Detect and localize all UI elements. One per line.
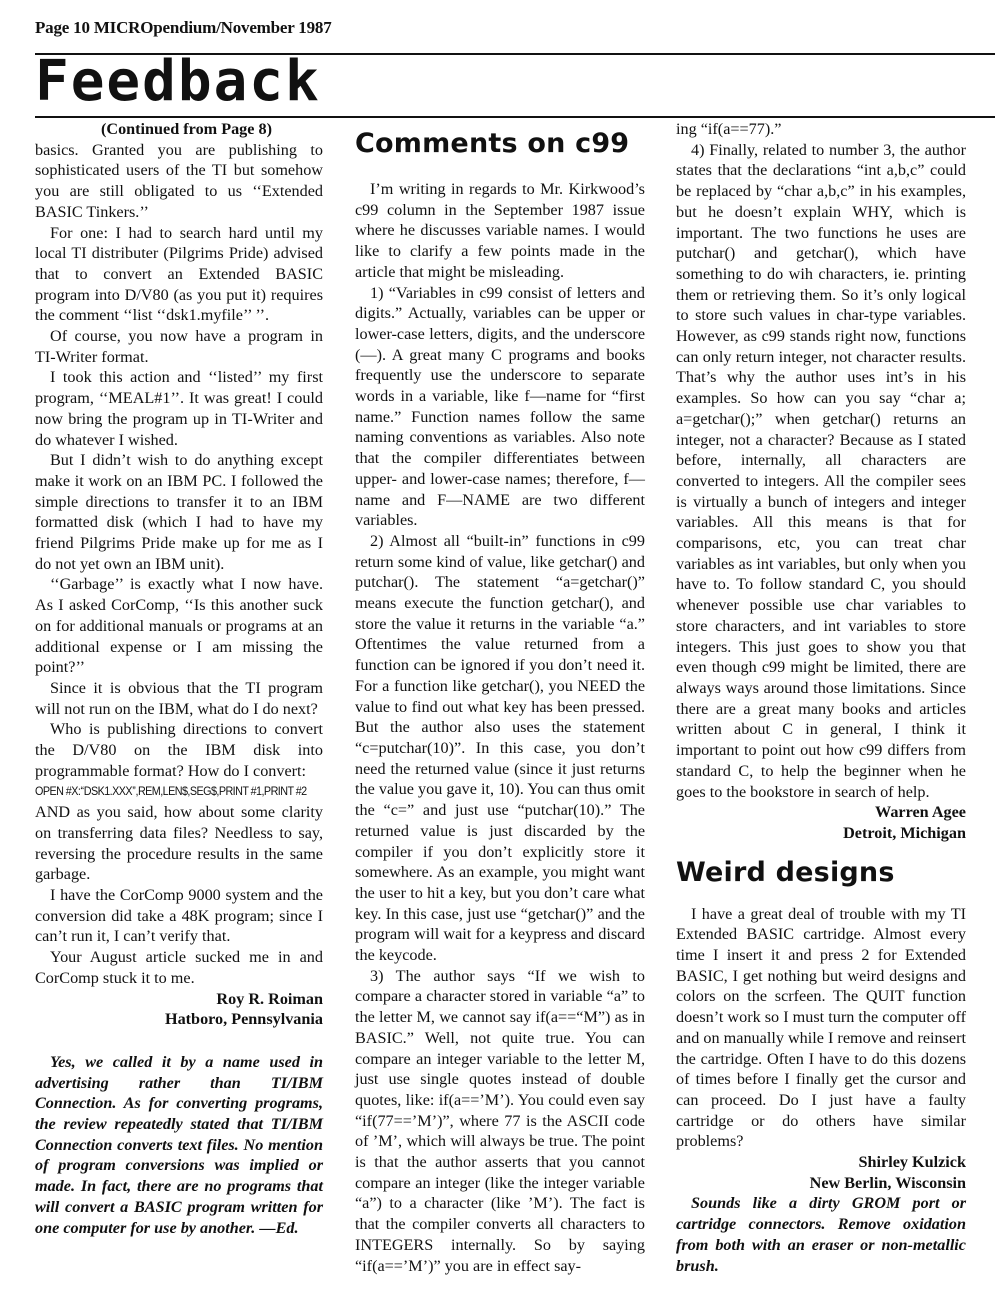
paragraph: ‘‘Garbage’’ is exactly what I now have. … (35, 574, 323, 678)
header-rule-bottom (35, 116, 995, 118)
editor-reply: Sounds like a dirty GROM port or cartrid… (676, 1193, 966, 1276)
article-headline: Weird designs (676, 856, 966, 890)
paragraph: Your August article sucked me in and Cor… (35, 947, 323, 988)
paragraph: For one: I had to search hard until my l… (35, 223, 323, 327)
paragraph: I have a great deal of trouble with my T… (676, 904, 966, 1152)
magazine-page: Page 10 MICROpendium/November 1987 Feedb… (35, 0, 995, 1312)
paragraph: I took this action and ‘‘listed’’ my fir… (35, 367, 323, 450)
paragraph: But I didn’t wish to do anything except … (35, 450, 323, 574)
paragraph: basics. Granted you are publishing to so… (35, 140, 323, 223)
spacer (35, 1030, 323, 1052)
paragraph: 4) Finally, related to number 3, the aut… (676, 140, 966, 803)
paragraph: 1) “Variables in c99 consist of letters … (355, 283, 645, 531)
paragraph: AND as you said, how about some clarity … (35, 802, 323, 885)
signature-place: Detroit, Michigan (676, 823, 966, 844)
section-title: Feedback (35, 52, 321, 112)
column-3: ing “if(a==77).” 4) Finally, related to … (676, 119, 966, 1276)
continued-note: (Continued from Page 8) (35, 119, 323, 140)
column-1: (Continued from Page 8) basics. Granted … (35, 119, 323, 1238)
paragraph: I’m writing in regards to Mr. Kirkwood’s… (355, 179, 645, 283)
signature-place: Hatboro, Pennsylvania (35, 1009, 323, 1030)
signature-place: New Berlin, Wisconsin (676, 1173, 966, 1194)
signature-name: Shirley Kulzick (676, 1152, 966, 1173)
paragraph: 2) Almost all “built-in” functions in c9… (355, 531, 645, 966)
running-head: Page 10 MICROpendium/November 1987 (35, 18, 332, 38)
paragraph: Who is publishing directions to convert … (35, 719, 323, 781)
paragraph: Of course, you now have a program in TI-… (35, 326, 323, 367)
editor-reply: Yes, we called it by a name used in adve… (35, 1052, 323, 1238)
paragraph: Since it is obvious that the TI program … (35, 678, 323, 719)
paragraph-continuation: ing “if(a==77).” (676, 119, 966, 140)
paragraph: 3) The author says “If we wish to compar… (355, 966, 645, 1277)
article-headline: Comments on c99 (355, 127, 645, 161)
column-2: Comments on c99 I’m writing in regards t… (355, 119, 645, 1276)
signature-name: Warren Agee (676, 802, 966, 823)
paragraph: I have the CorComp 9000 system and the c… (35, 885, 323, 947)
signature-name: Roy R. Roiman (35, 989, 323, 1010)
code-line: OPEN #X:‘‘DSK1.XXX’’,REM,LEN$,SEG$,PRINT… (35, 782, 303, 803)
